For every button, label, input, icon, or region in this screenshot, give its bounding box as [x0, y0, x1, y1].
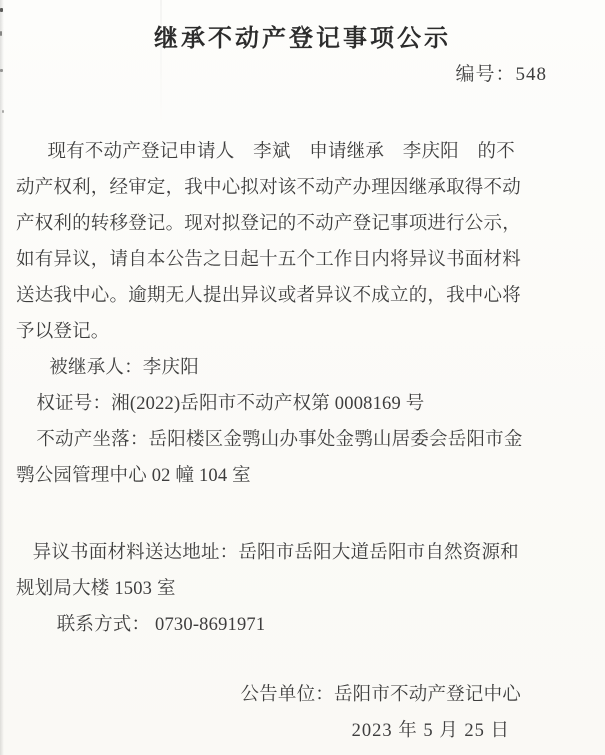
issuer-line: 公告单位：岳阳市不动产登记中心 — [16, 677, 588, 713]
body-line: 予以登记。 — [16, 314, 588, 350]
doc-number-label: 编号： — [455, 64, 515, 85]
objection-address-line: 规划局大楼 1503 室 — [16, 571, 588, 607]
contact-line: 联系方式： 0730-8691971 — [16, 607, 588, 643]
doc-number: 编号：548 — [0, 60, 605, 90]
body-line: 如有异议，请自本公告之日起十五个工作日内将异议书面材料 — [16, 242, 588, 278]
scanned-notice-page: 继承不动产登记事项公示 编号：548 现有不动产登记申请人 李斌 申请继承 李庆… — [0, 0, 605, 755]
paper-crease — [160, 0, 162, 130]
date-line: 2023 年 5 月 25 日 — [16, 713, 588, 749]
objection-address-line: 异议书面材料送达地址：岳阳市岳阳大道岳阳市自然资源和 — [16, 535, 588, 571]
property-location-line: 不动产坐落：岳阳楼区金鹗山办事处金鹗山居委会岳阳市金 — [16, 422, 588, 458]
page-title: 继承不动产登记事项公示 — [0, 24, 605, 54]
scan-speck — [0, 8, 3, 12]
body-line: 现有不动产登记申请人 李斌 申请继承 李庆阳 的不 — [16, 134, 588, 170]
scan-edge-shadow — [0, 0, 4, 755]
scan-speck — [0, 69, 3, 72]
certificate-number-line: 权证号：湘(2022)岳阳市不动产权第 0008169 号 — [16, 386, 588, 422]
section-gap — [16, 494, 588, 535]
doc-number-value: 548 — [516, 64, 548, 85]
section-gap — [16, 643, 588, 677]
body-line: 送达我中心。逾期无人提出异议或者异议不成立的，我中心将 — [16, 278, 588, 314]
body-line: 产权利的转移登记。现对拟登记的不动产登记事项进行公示， — [16, 206, 588, 242]
notice-body: 现有不动产登记申请人 李斌 申请继承 李庆阳 的不 动产权利，经审定，我中心拟对… — [16, 134, 588, 749]
decedent-line: 被继承人：李庆阳 — [16, 350, 588, 386]
scan-speck — [2, 110, 4, 113]
body-line: 动产权利，经审定，我中心拟对该不动产办理因继承取得不动 — [16, 170, 588, 206]
property-location-line: 鹗公园管理中心 02 幢 104 室 — [16, 458, 588, 494]
